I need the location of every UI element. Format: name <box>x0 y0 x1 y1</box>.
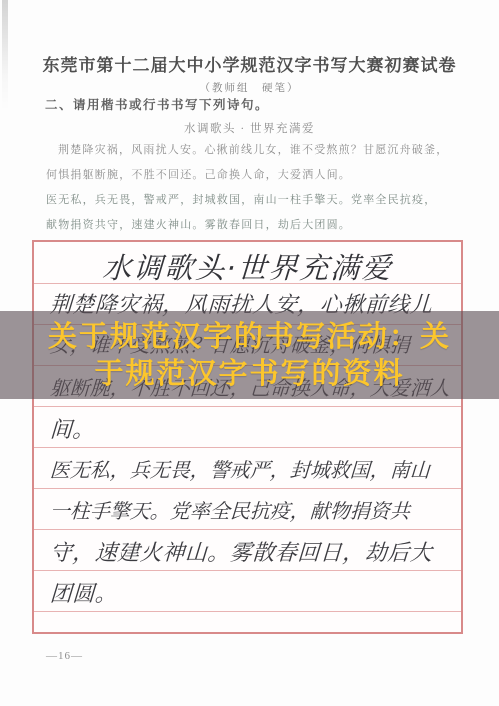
ruled-line <box>34 529 461 530</box>
page-number: —16— <box>46 650 83 662</box>
ruled-line <box>34 611 461 612</box>
document-title: 东莞市第十二届大中小学规范汉字书写大赛初赛试卷 <box>0 51 499 76</box>
printed-poem-title: 水调歌头 · 世界充满爱 <box>0 120 499 136</box>
caption-overlay-text-line2: 于规范汉字书写的资料 <box>94 355 404 392</box>
ruled-line <box>34 488 461 489</box>
ruled-line <box>34 570 461 571</box>
handwritten-row: 医无私，兵无畏，警戒严，封城救国，南山 <box>49 454 431 483</box>
handwritten-row: 团圆。 <box>49 577 118 608</box>
ruled-line <box>34 447 461 448</box>
document-subtitle: （教师组 硬笔） <box>0 80 499 95</box>
printed-poem-line: 何惧捐躯断腕，不胜不回还。己命换人命，大爱洒人间。 <box>46 166 351 182</box>
handwritten-poem-title: 水调歌头·世界充满爱 <box>33 246 462 287</box>
printed-poem-line: 荆楚降灾祸，风雨扰人安。心揪前线儿女，谁不受熬煎？甘愿沉舟破釜， <box>58 141 448 157</box>
handwriting-grid: 水调歌头·世界充满爱 荆楚降灾祸，风雨扰人安，心揪前线儿 女，谁不受熬煎？甘愿沉… <box>32 240 463 634</box>
caption-overlay-text-line1: 关于规范汉字的书写活动：关 <box>48 318 451 355</box>
ruled-line <box>34 406 461 407</box>
task-instruction: 二、请用楷书或行书书写下列诗句。 <box>45 95 269 113</box>
handwritten-row: 间。 <box>49 413 96 444</box>
printed-poem-line: 献物捐资共守，速建火神山。雾散春回日，劫后大团圆。 <box>46 216 351 232</box>
scanned-test-paper: 东莞市第十二届大中小学规范汉字书写大赛初赛试卷 （教师组 硬笔） 二、请用楷书或… <box>0 0 499 706</box>
printed-poem-line: 医无私，兵无畏，警戒严，封城救国，南山一柱手擎天。党率全民抗疫， <box>46 191 436 207</box>
caption-overlay-band: 关于规范汉字的书写活动：关 于规范汉字书写的资料 <box>0 311 499 399</box>
handwritten-row: 一柱手擎天。党率全民抗疫，献物捐资共 <box>49 495 411 524</box>
handwritten-row: 守，速建火神山。雾散春回日，劫后大 <box>49 536 433 567</box>
